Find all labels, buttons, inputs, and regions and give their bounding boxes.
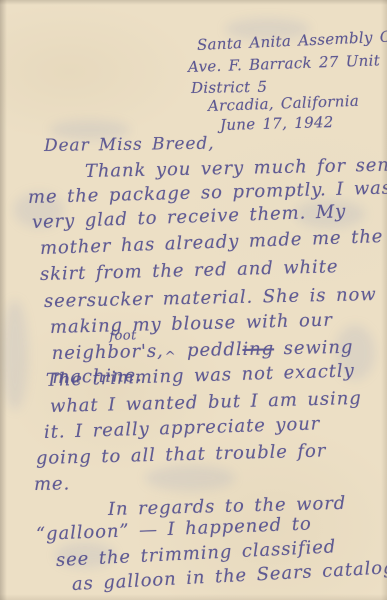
body-line: seersucker material. She is now (44, 284, 377, 312)
edited-word: peddl (177, 339, 243, 361)
letter-page: Santa Anita Assembly Center Ave. F. Barr… (0, 0, 387, 600)
struck-out-text: ing (242, 338, 274, 360)
body-line: it. I really appreciate your (44, 413, 321, 443)
body-line: skirt from the red and white (40, 256, 339, 285)
ink-bleed-smudge (2, 300, 28, 410)
body-line: mother has already made me the (40, 226, 384, 259)
body-line: me. (34, 473, 71, 495)
body-line: Thank you very much for sending (85, 154, 387, 182)
ink-bleed-smudge (145, 465, 235, 491)
return-address-line: Santa Anita Assembly Center (197, 26, 387, 54)
return-address-line: District 5 (191, 78, 268, 97)
insertion-caret-mark: ^ (165, 349, 177, 364)
return-address-line: Ave. F. Barrack 27 Unit 5 (188, 51, 387, 76)
salutation: Dear Miss Breed, (44, 134, 215, 156)
edited-text-before: neighbor's, (52, 341, 164, 364)
body-line: going to all that trouble for (36, 440, 327, 469)
date-line: June 17, 1942 (220, 113, 334, 134)
body-line: making my blouse with our (50, 310, 333, 338)
inserted-word-above: foot (109, 328, 137, 344)
return-address-line: Arcadia, California (208, 92, 360, 115)
